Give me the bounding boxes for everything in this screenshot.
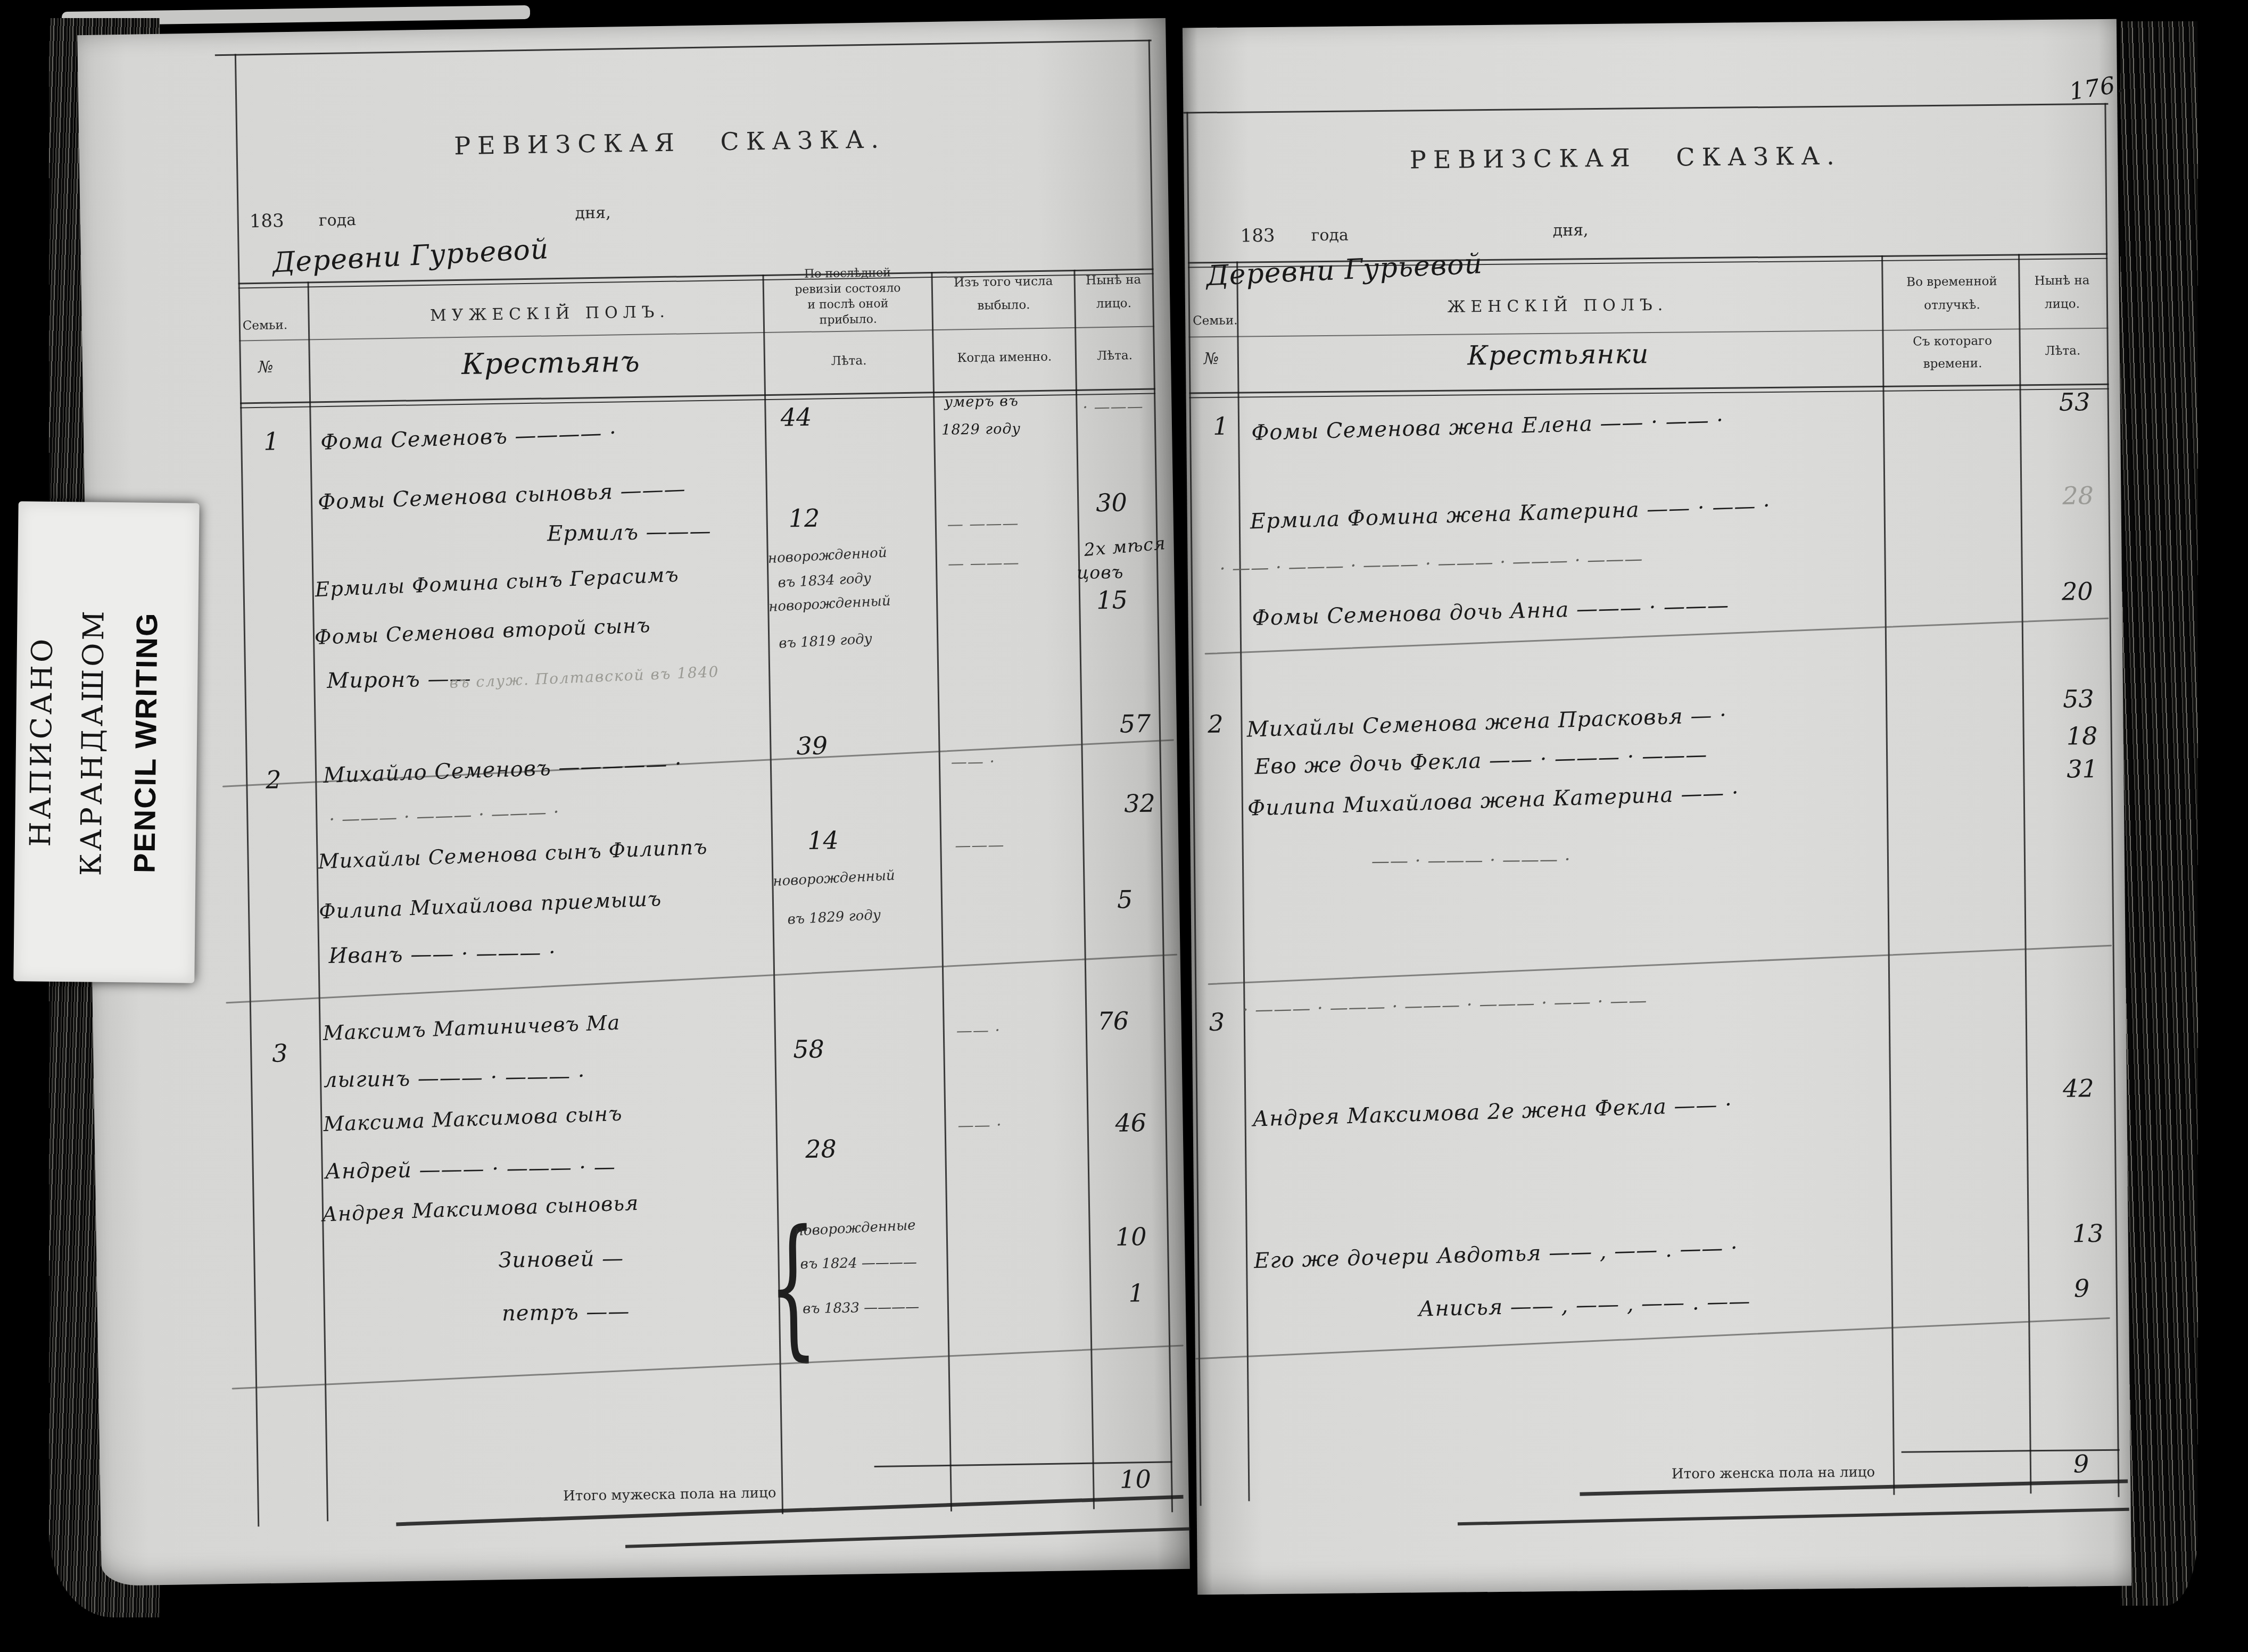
entry-name: Ермила Фомина жена Катерина —— · —— ·: [1250, 494, 1771, 534]
filler-dashes: —— · ——— · ——— ·: [1371, 849, 1571, 873]
entry-born-note-2: въ 1819 году: [779, 631, 873, 652]
entry-now-dash: · ———: [1082, 397, 1144, 417]
pencil-writing-label-card: НАПИСАНО КАРАНДАШОМ PENCIL WRITING: [13, 501, 199, 983]
table-right-border: [1148, 40, 1173, 1513]
entry-age-lastrev: 28: [805, 1134, 837, 1164]
total-label: Итого мужеска пола на лицо: [398, 1485, 776, 1507]
village-name: Деревни Гурьевой: [1205, 248, 1483, 292]
day-word: дня,: [575, 204, 610, 223]
frame-top-rule: [215, 40, 1152, 56]
col-since-1: Съ котораго: [1889, 334, 2016, 348]
entry-age-now: 32: [1124, 789, 1155, 818]
entry-name-2: лыгинъ ——— · ——— ·: [324, 1064, 585, 1092]
entry-born-note-1: новорожденной: [767, 545, 887, 567]
entry-age-now: 10: [1115, 1222, 1147, 1251]
card-line-ru-1: НАПИСАНО: [13, 501, 69, 982]
col-sex-label: МУЖЕСКІЙ ПОЛЪ.: [369, 302, 731, 326]
entry-age-lastrev: 12: [788, 503, 820, 533]
entry-when-left-2: 1829 году: [941, 420, 1021, 438]
entry-born-note-1: новорожденный: [768, 593, 891, 615]
entry-age-now: 15: [1096, 585, 1128, 615]
entry-sub-name: петръ ——: [502, 1299, 630, 1326]
entry-age-now: 13: [2072, 1219, 2103, 1248]
col-years-label: Лѣта.: [2022, 344, 2103, 358]
family-number: 2: [1208, 710, 1224, 738]
page-title: РЕВИЗСКАЯ СКАЗКА.: [377, 123, 963, 161]
entry-name: Его же дочери Авдотья —— , —— . —— ·: [1254, 1236, 1739, 1274]
entry-name: Фомы Семенова жена Елена —— · —— ·: [1251, 408, 1724, 445]
col-out-2: выбыло.: [936, 297, 1071, 313]
entry-age-now: 53: [2059, 387, 2090, 417]
filler-dashes: · —— · ——— · ——— · ——— · ——— · ———: [1219, 549, 1643, 580]
family-number: 3: [272, 1039, 288, 1067]
entry-when-dash: ———: [955, 836, 1005, 855]
entry-when-dash: —— ·: [956, 1021, 1001, 1040]
entry-born-note-1: новорожденный: [773, 867, 896, 890]
entry-name: Филипа Михайлова жена Катерина —— ·: [1247, 781, 1739, 821]
entry-age-now: 30: [1096, 488, 1127, 517]
entry-age-now: 42: [2063, 1074, 2094, 1103]
year-prefix: 183: [1240, 225, 1275, 247]
entry-when-dash: — ———: [947, 514, 1019, 534]
total-value: 10: [1120, 1465, 1151, 1494]
entry-when-dash: —— ·: [957, 1116, 1002, 1135]
entry-age-lastrev: 39: [796, 731, 828, 760]
right-page: РЕВИЗСКАЯ СКАЗКА. 183 года дня, Деревни …: [1183, 19, 2131, 1595]
entry-age-now: 5: [1117, 885, 1133, 914]
family-number: 3: [1209, 1008, 1225, 1036]
family-number: 1: [263, 427, 279, 455]
total-value: 9: [2073, 1449, 2089, 1478]
table-right-border: [2104, 103, 2119, 1497]
entry-when-left-1: умеръ въ: [944, 393, 1019, 411]
entry-name: Максима Максимова сынъ: [323, 1102, 623, 1136]
family-divider-line: [1208, 945, 2112, 985]
total-rule-heavy-2: [1458, 1508, 2129, 1526]
col-family-label: Семьи.: [1193, 314, 1238, 328]
column-line-family: [1236, 262, 1250, 1501]
column-line-away: [2018, 254, 2031, 1493]
col-sex-label: ЖЕНСКІЙ ПОЛЪ.: [1265, 294, 1850, 318]
col-years-label: Лѣта.: [769, 353, 929, 369]
frame-top-rule: [1183, 103, 2108, 114]
entry-born-note-2: въ 1834 году: [778, 570, 872, 591]
table-left-border: [235, 54, 259, 1527]
entry-when-dash: — ———: [948, 554, 1020, 574]
column-line-when: [1073, 270, 1095, 1509]
entry-age-lastrev: 58: [793, 1034, 824, 1064]
entry-name: Михайлы Семенова сынъ Филиппъ: [318, 835, 708, 874]
header-mid-rule: [239, 326, 1154, 342]
entry-name-2: Иванъ —— · ——— ·: [328, 940, 556, 968]
entry-name: Андрея Максимова 2е жена Фекла —— ·: [1252, 1092, 1733, 1132]
family-number: 2: [266, 765, 282, 794]
entry-name: Андрея Максимова сыновья: [321, 1191, 639, 1226]
book-right-page-stack-edge: [2120, 21, 2198, 1606]
column-line-lastrev: [931, 272, 952, 1512]
village-name: Деревни Гурьевой: [272, 233, 550, 279]
col-years2-label: Лѣта.: [1079, 348, 1151, 363]
col-away-1: Во временной: [1888, 274, 2015, 289]
filler-dashes: · ——— · ——— · ——— ·: [329, 801, 560, 830]
entry-name: Ево же дочь Фекла —— · ——— · ———: [1254, 743, 1708, 779]
left-page: РЕВИЗСКАЯ СКАЗКА. 183 года дня, Деревни …: [77, 18, 1190, 1586]
entry-age-now-1: 2х мѣся: [1083, 533, 1167, 560]
entry-age-now: 76: [1097, 1006, 1129, 1035]
col-num-label: №: [1204, 350, 1219, 368]
entry-age-now-2: цовъ: [1077, 561, 1124, 583]
entry-name-2: Андрей ——— · ——— · —: [325, 1155, 616, 1184]
filler-dashes: · ——— · ——— · ——— · ——— · —— · ——: [1242, 990, 1647, 1021]
entry-name: Фома Семеновъ ———— ·: [320, 421, 617, 455]
entry-age-now: 9: [2073, 1274, 2089, 1302]
pencil-annotation: въ служ. Полтавской въ 1840: [449, 663, 720, 692]
book-scan: РЕВИЗСКАЯ СКАЗКА. 183 года дня, Деревни …: [0, 0, 2248, 1652]
entry-name: Максимъ Матиничевъ Ма: [323, 1011, 621, 1045]
day-word: дня,: [1552, 221, 1588, 240]
page-title: РЕВИЗСКАЯ СКАЗКА.: [1333, 140, 1918, 175]
entry-born-note: въ 1833 ————: [803, 1299, 920, 1317]
entry-when-dash: —— ·: [951, 752, 996, 771]
total-label: Итого женска пола на лицо: [1534, 1464, 1875, 1483]
entry-age-now: 20: [2062, 577, 2093, 606]
entry-age-now: 31: [2067, 754, 2098, 784]
pencil-writing-label-text: НАПИСАНО КАРАНДАШОМ PENCIL WRITING: [13, 501, 199, 983]
entry-age-now: 18: [2067, 721, 2098, 751]
col-num-label: №: [258, 358, 274, 377]
col-lastrev-4: прибыло.: [768, 312, 928, 328]
entry-age-lastrev: 14: [807, 826, 839, 855]
col-out-1: Изъ того числа: [936, 274, 1071, 290]
entry-age-now: 28: [2062, 481, 2094, 510]
entry-name: Ермилъ ———: [547, 519, 712, 546]
col-family-label: Семьи.: [243, 318, 288, 333]
entry-age-now: 57: [1119, 709, 1151, 738]
col-lastrev-1: По послѣдней: [767, 265, 927, 281]
entry-born-note-2: въ 1824 ————: [800, 1255, 917, 1272]
column-line-name: [1881, 255, 1895, 1495]
col-lastrev-2: ревизіи состояло: [768, 281, 928, 297]
col-now-2: лицо.: [2022, 297, 2103, 311]
entry-age-lastrev: 44: [780, 403, 812, 432]
closing-rule-line: [232, 1344, 1184, 1389]
col-people-label: Крестьянъ: [423, 344, 679, 382]
entry-name: Михайлы Семенова жена Прасковья — ·: [1246, 703, 1727, 742]
col-lastrev-3: и послѣ оной: [768, 296, 928, 312]
entry-born-note-2: въ 1829 году: [787, 907, 881, 928]
family-number: 1: [1213, 412, 1229, 441]
closing-rule-line: [1195, 1317, 2110, 1360]
total-rule-heavy-2: [625, 1527, 1191, 1548]
entry-name: Фомы Семенова сыновья ———: [317, 477, 686, 514]
year-prefix: 183: [249, 210, 284, 232]
entry-name: Анисья —— , —— , —— . ——: [1418, 1289, 1751, 1322]
entry-name: Филипа Михайлова приемышъ: [318, 887, 662, 924]
entry-age-now: 46: [1115, 1108, 1146, 1138]
card-line-ru-2: КАРАНДАШОМ: [64, 502, 120, 982]
year-word: года: [318, 211, 356, 230]
entry-age-now: 53: [2063, 684, 2094, 713]
entry-name: Фомы Семенова дочь Анна ——— · ———: [1252, 593, 1730, 630]
col-now-1: Нынѣ на: [2021, 273, 2102, 288]
subheader-rule-2: [1189, 388, 2109, 399]
col-now-2: лицо.: [1078, 296, 1150, 311]
col-people-label: Крестьянки: [1409, 338, 1708, 371]
col-away-2: отлучкѣ.: [1889, 297, 2015, 312]
col-since-2: времени.: [1889, 356, 2016, 371]
entry-sub-name: Зиновей —: [498, 1246, 624, 1273]
entry-name: Михайло Семеновъ ————— ·: [323, 752, 682, 788]
entry-name: Ермилы Фомина сынъ Герасимъ: [315, 563, 680, 602]
col-now-1: Нынѣ на: [1078, 273, 1150, 288]
entry-age-now: 1: [1128, 1279, 1144, 1307]
entry-name: Фомы Семенова второй сынъ: [314, 613, 651, 649]
year-word: года: [1311, 226, 1348, 245]
card-line-en: PENCIL WRITING: [115, 502, 176, 983]
col-when-label: Когда именно.: [937, 350, 1072, 366]
